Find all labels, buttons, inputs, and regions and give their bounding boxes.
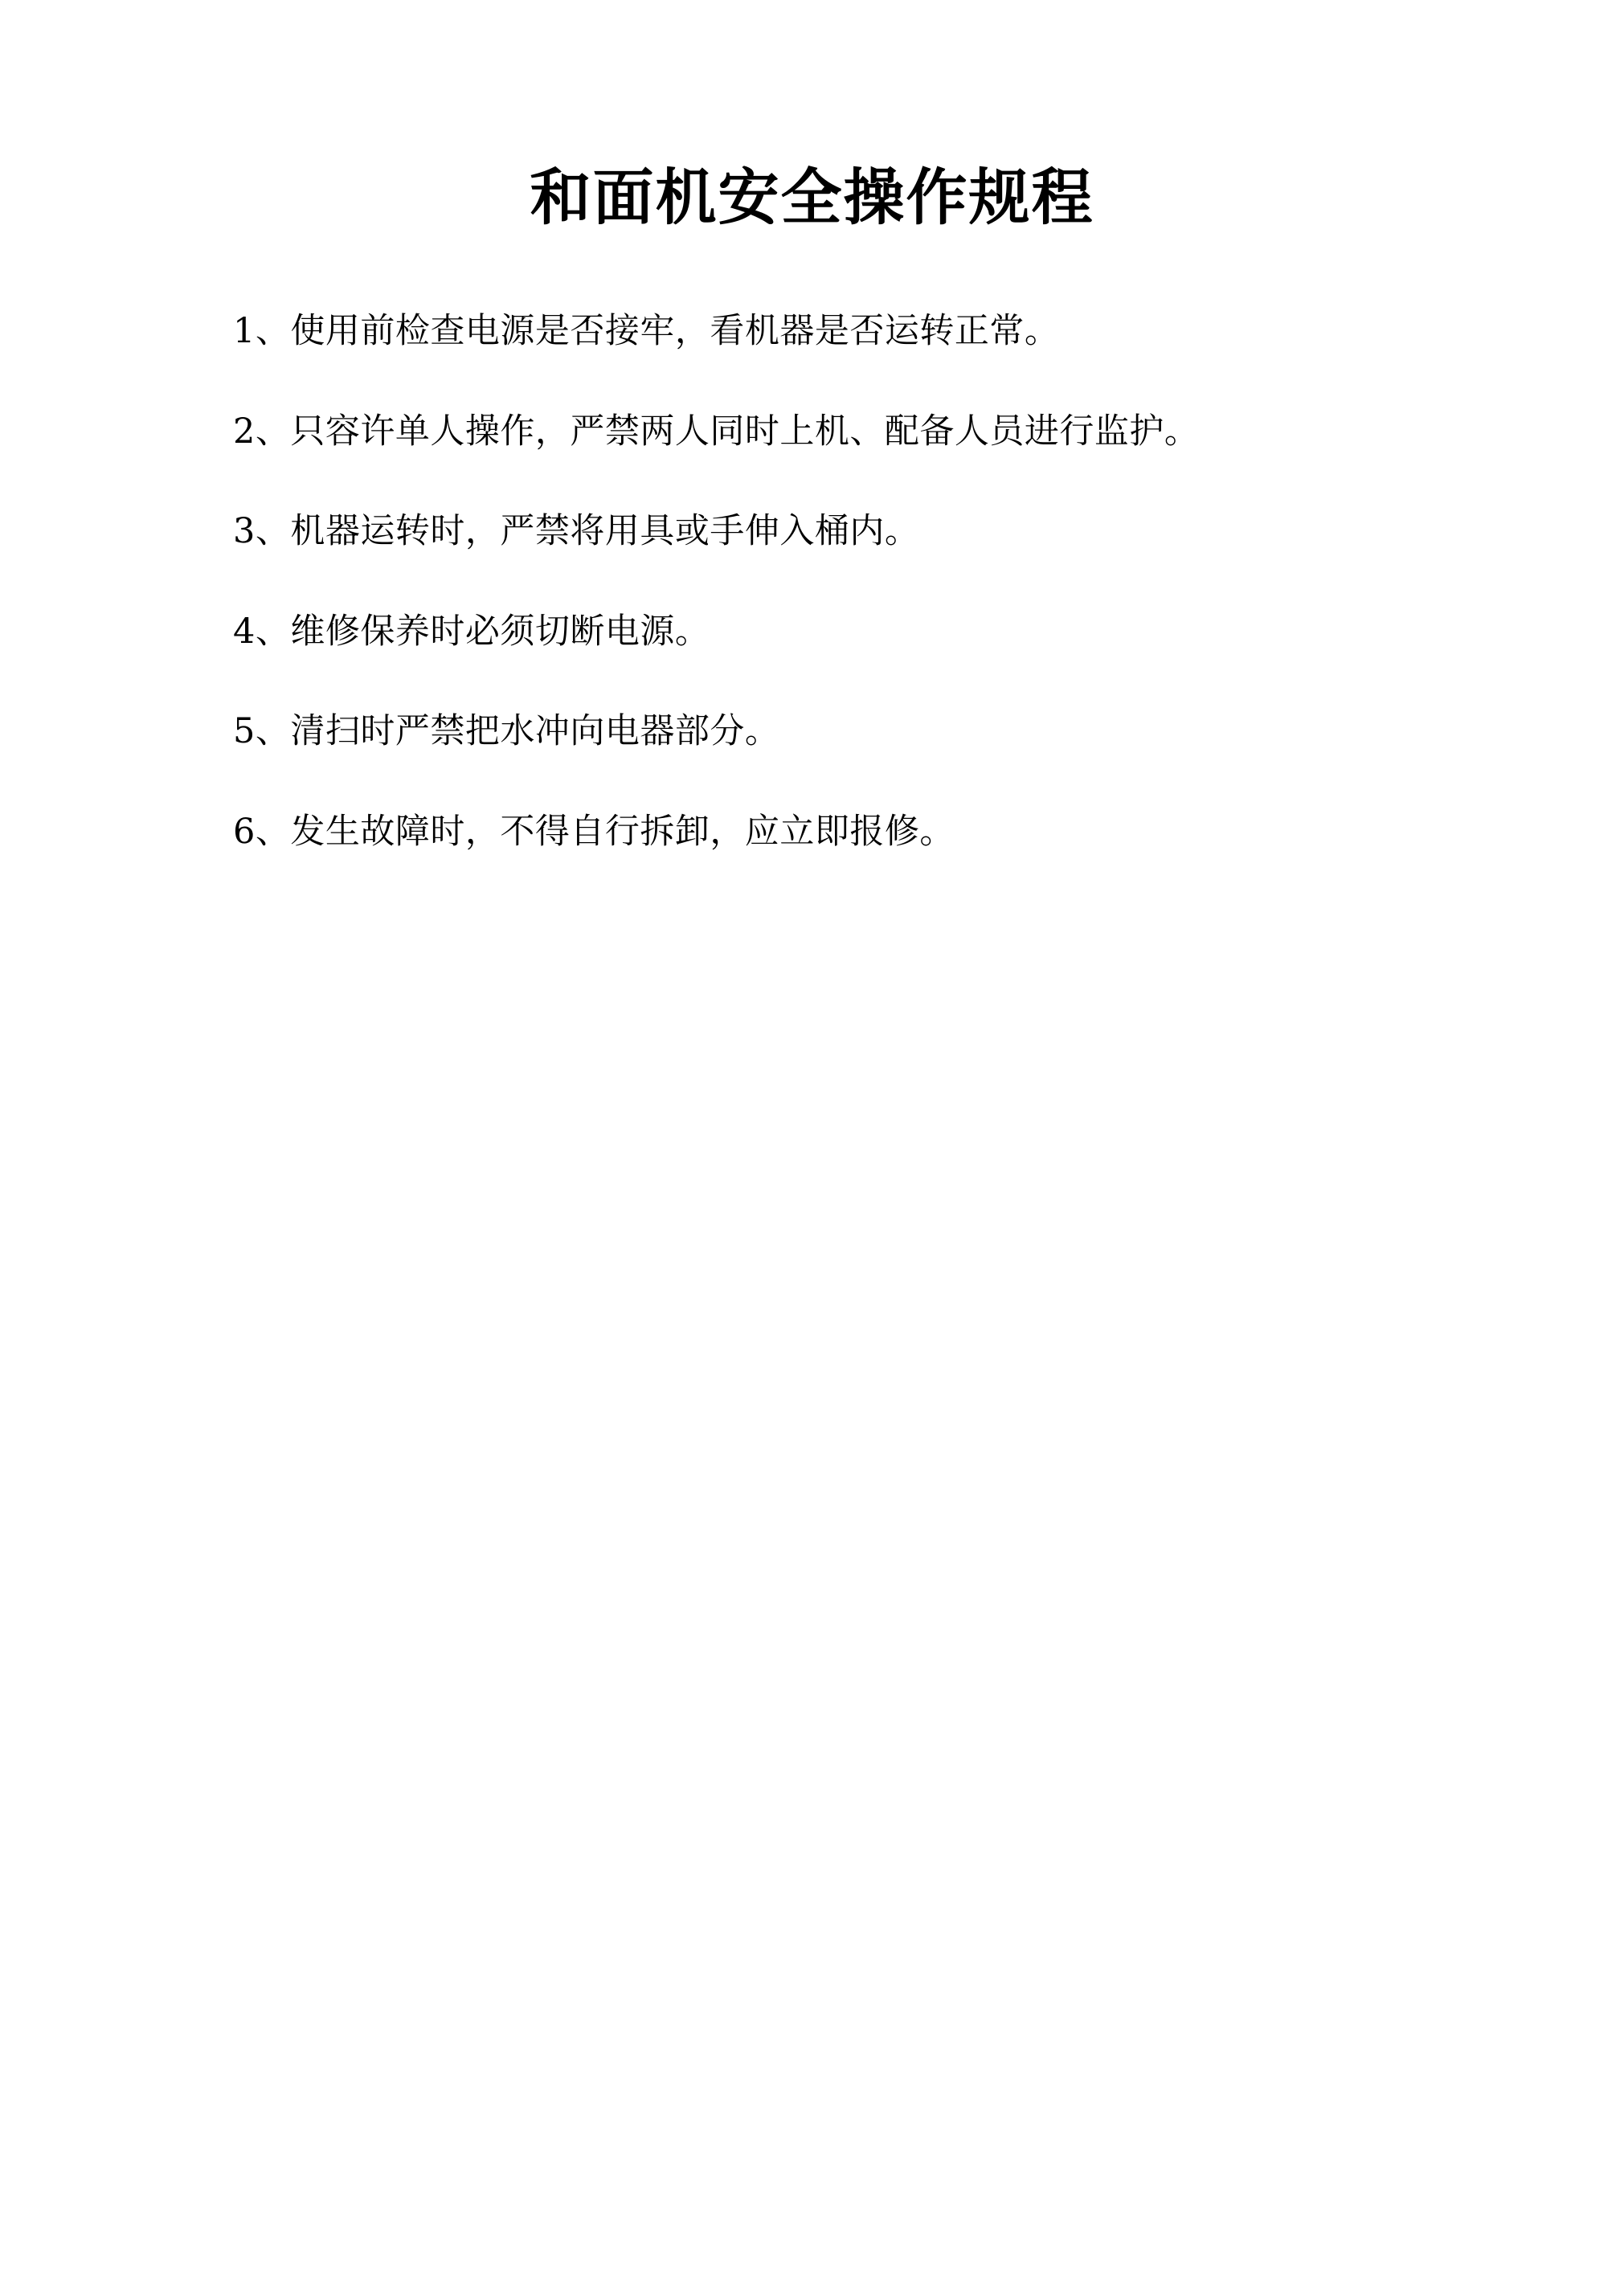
- rule-text: 机器运转时，严禁将用具或手伸入桶内。: [290, 511, 919, 551]
- rule-item-5: 5、清扫时严禁把水冲向电器部分。: [233, 707, 1199, 808]
- rule-item-2: 2、只容许单人操作，严禁两人同时上机、配备人员进行监护。: [233, 407, 1199, 508]
- rule-number: 3、: [233, 511, 290, 551]
- document-page: 和面机安全操作规程 1、使用前检查电源是否接牢，看机器是否运转正常。 2、只容许…: [0, 0, 1624, 2295]
- rule-text: 使用前检查电源是否接牢，看机器是否运转正常。: [290, 311, 1059, 351]
- rule-number: 6、: [233, 812, 290, 852]
- rule-item-1: 1、使用前检查电源是否接牢，看机器是否运转正常。: [233, 307, 1199, 407]
- rule-number: 2、: [233, 411, 290, 452]
- rule-item-3: 3、机器运转时，严禁将用具或手伸入桶内。: [233, 507, 1199, 607]
- safety-rules-list: 1、使用前检查电源是否接牢，看机器是否运转正常。 2、只容许单人操作，严禁两人同…: [233, 307, 1199, 907]
- rule-item-6: 6、发生故障时，不得自行拆卸，应立即报修。: [233, 808, 1199, 908]
- rule-text: 发生故障时，不得自行拆卸，应立即报修。: [290, 812, 955, 852]
- rule-number: 4、: [233, 612, 290, 652]
- rule-text: 维修保养时必须切断电源。: [290, 612, 710, 652]
- rule-number: 1、: [233, 311, 290, 351]
- document-title: 和面机安全操作规程: [0, 157, 1624, 238]
- rule-item-4: 4、维修保养时必须切断电源。: [233, 607, 1199, 708]
- rule-text: 只容许单人操作，严禁两人同时上机、配备人员进行监护。: [290, 411, 1199, 452]
- rule-text: 清扫时严禁把水冲向电器部分。: [290, 711, 779, 751]
- rule-number: 5、: [233, 711, 290, 751]
